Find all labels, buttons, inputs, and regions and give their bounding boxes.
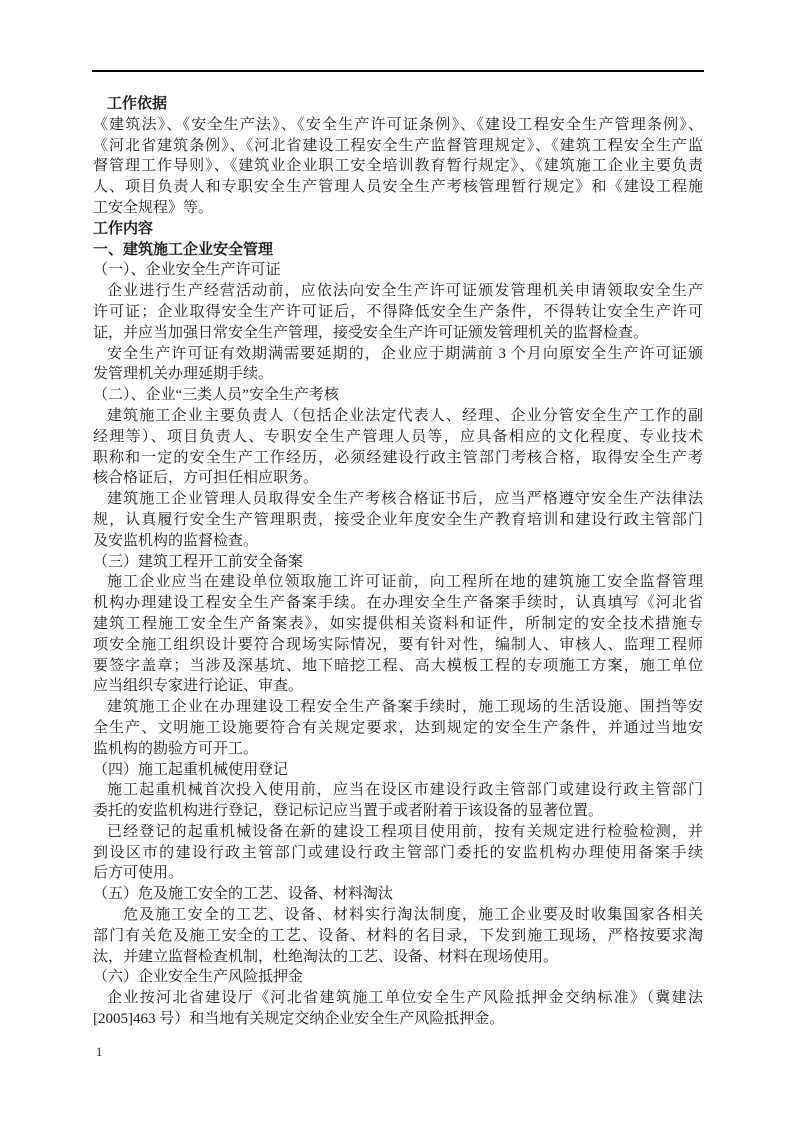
- text-line: 汰，并建立监督检查机制，杜绝淘汰的工艺、设备、材料在现场使用。: [93, 947, 703, 968]
- text-line: 施工起重机械首次投入使用前，应当在设区市建设行政主管部门或建设行政主管部门: [93, 780, 703, 801]
- text-line: 后方可使用。: [93, 863, 703, 884]
- text-line: （三）建筑工程开工前安全备案: [93, 552, 703, 573]
- text-line: 《河北省建筑条例》、《河北省建设工程安全生产监督管理规定》、《建筑工程安全生产监: [93, 136, 703, 157]
- text-line: （一）、企业安全生产许可证: [93, 260, 703, 281]
- text-line: 机构办理建设工程安全生产备案手续。在办理安全生产备案手续时，认真填写《河北省: [93, 593, 703, 614]
- document-body: 工作依据《建筑法》、《安全生产法》、《安全生产许可证条例》、《建设工程安全生产管…: [93, 94, 703, 1030]
- text-line: 及安监机构的监督检查。: [93, 531, 703, 552]
- text-line: 《建筑法》、《安全生产法》、《安全生产许可证条例》、《建设工程安全生产管理条例》…: [93, 115, 703, 136]
- text-line: 要签字盖章；当涉及深基坑、地下暗挖工程、高大模板工程的专项施工方案，施工单位: [93, 656, 703, 677]
- text-line: 委托的安监机构进行登记，登记标记应当置于或者附着于该设备的显著位置。: [93, 801, 703, 822]
- text-line: 企业按河北省建设厅《河北省建筑施工单位安全生产风险抵押金交纳标准》（冀建法: [93, 988, 703, 1009]
- text-line: 施工企业应当在建设单位领取施工许可证前，向工程所在地的建筑施工安全监督管理: [93, 572, 703, 593]
- text-line: 工安全规程》等。: [93, 198, 703, 219]
- heading-line: 工作内容: [93, 219, 703, 240]
- text-line: 全生产、文明施工设施要符合有关规定要求，达到规定的安全生产条件，并通过当地安: [93, 718, 703, 739]
- text-line: 督管理工作导则》、《建筑业企业职工安全培训教育暂行规定》、《建筑施工企业主要负责: [93, 156, 703, 177]
- heading-line: 工作依据: [93, 94, 703, 115]
- text-line: 许可证；企业取得安全生产许可证后，不得降低安全生产条件，不得转让安全生产许可: [93, 302, 703, 323]
- text-line: 职称和一定的安全生产工作经历，必须经建设行政主管部门考核合格，取得安全生产考: [93, 448, 703, 469]
- text-line: 部门有关危及施工安全的工艺、设备、材料的名目录，下发到施工现场，严格按要求淘: [93, 926, 703, 947]
- document-page: 工作依据《建筑法》、《安全生产法》、《安全生产许可证条例》、《建设工程安全生产管…: [0, 0, 793, 1122]
- text-line: 应当组织专家进行论证、审查。: [93, 676, 703, 697]
- text-line: 到设区市的建设行政主管部门或建设行政主管部门委托的安监机构办理使用备案手续: [93, 843, 703, 864]
- text-line: 建筑施工企业在办理建设工程安全生产备案手续时，施工现场的生活设施、围挡等安: [93, 697, 703, 718]
- heading-line: 一、建筑施工企业安全管理: [93, 240, 703, 261]
- text-line: 监机构的勘验方可开工。: [93, 739, 703, 760]
- header-rule: [92, 70, 704, 72]
- page-number: 1: [96, 1044, 102, 1060]
- text-line: 危及施工安全的工艺、设备、材料实行淘汰制度，施工企业要及时收集国家各相关: [93, 905, 703, 926]
- text-line: 项安全施工组织设计要符合现场实际情况，要有针对性，编制人、审核人、监理工程师: [93, 635, 703, 656]
- text-line: 建筑施工企业主要负责人（包括企业法定代表人、经理、企业分管安全生产工作的副: [93, 406, 703, 427]
- text-line: 建筑施工企业管理人员取得安全生产考核合格证书后，应当严格遵守安全生产法律法: [93, 489, 703, 510]
- text-line: 证，并应当加强日常安全生产管理，接受安全生产许可证颁发管理机关的监督检查。: [93, 323, 703, 344]
- text-line: [2005]463 号）和当地有关规定交纳企业安全生产风险抵押金。: [93, 1009, 703, 1030]
- text-line: 经理等）、项目负责人、专职安全生产管理人员等，应具备相应的文化程度、专业技术: [93, 427, 703, 448]
- text-line: 核合格证后，方可担任相应职务。: [93, 468, 703, 489]
- text-line: （六）企业安全生产风险抵押金: [93, 967, 703, 988]
- text-line: 已经登记的起重机械设备在新的建设工程项目使用前，按有关规定进行检验检测，并: [93, 822, 703, 843]
- text-line: 人、项目负责人和专职安全生产管理人员安全生产考核管理暂行规定》和《建设工程施: [93, 177, 703, 198]
- text-line: 安全生产许可证有效期满需要延期的，企业应于期满前 3 个月向原安全生产许可证颁: [93, 344, 703, 365]
- text-line: （四）施工起重机械使用登记: [93, 760, 703, 781]
- text-line: 规，认真履行安全生产管理职责，接受企业年度安全生产教育培训和建设行政主管部门: [93, 510, 703, 531]
- text-line: 企业进行生产经营活动前，应依法向安全生产许可证颁发管理机关申请领取安全生产: [93, 281, 703, 302]
- text-line: 建筑工程施工安全生产备案表》，如实提供相关资料和证件，所制定的安全技术措施专: [93, 614, 703, 635]
- text-line: 发管理机关办理延期手续。: [93, 364, 703, 385]
- text-line: （五）危及施工安全的工艺、设备、材料淘汰: [93, 884, 703, 905]
- text-line: （二）、企业“三类人员”安全生产考核: [93, 385, 703, 406]
